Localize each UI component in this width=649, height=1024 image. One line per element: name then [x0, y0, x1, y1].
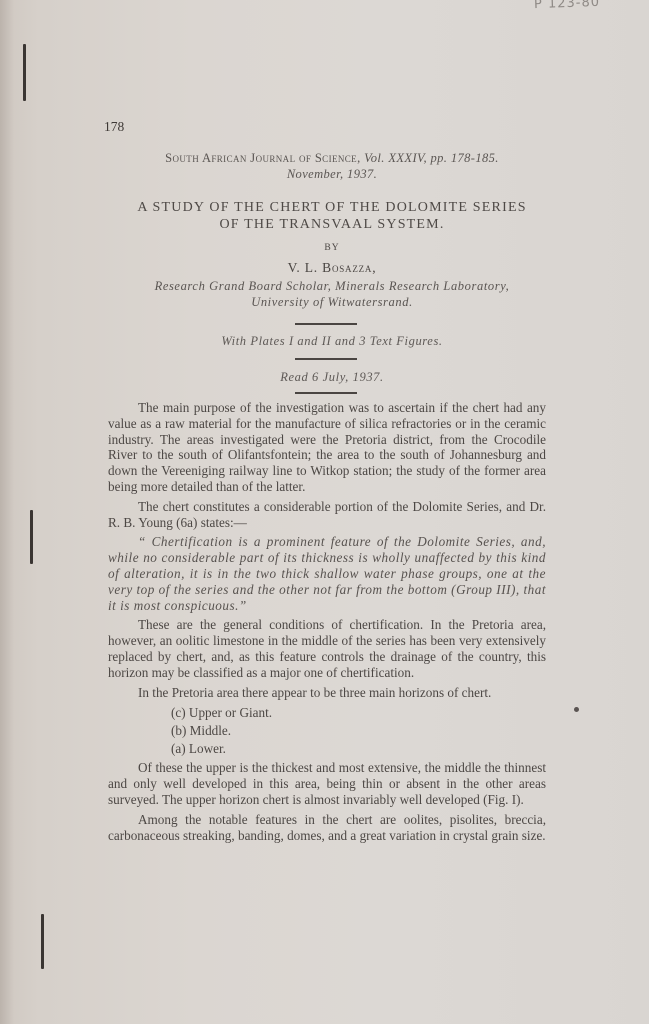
- journal-date: November, 1937.: [100, 166, 564, 182]
- binding-mark-top: [23, 44, 26, 101]
- horizon-list: (c) Upper or Giant. (b) Middle. (a) Lowe…: [171, 704, 546, 758]
- journal-volume: Vol. XXXIV, pp. 178-185.: [364, 151, 499, 165]
- paragraph-purpose: The main purpose of the investigation wa…: [108, 400, 546, 495]
- author-name: V. L. Bosazza,: [100, 260, 564, 276]
- paragraph-chert-portion: The chert constitutes a considerable por…: [108, 499, 546, 531]
- paragraph-thickness: Of these the upper is the thickest and m…: [108, 760, 546, 807]
- author-affiliation: Research Grand Board Scholar, Minerals R…: [100, 278, 564, 310]
- divider-rule: [295, 323, 357, 325]
- title-line-1: A STUDY OF THE CHERT OF THE DOLOMITE SER…: [100, 199, 564, 216]
- affiliation-line-2: University of Witwatersrand.: [100, 294, 564, 310]
- divider-rule: [295, 392, 357, 394]
- affiliation-line-1: Research Grand Board Scholar, Minerals R…: [100, 278, 564, 294]
- article-body: The main purpose of the investigation wa…: [108, 400, 546, 847]
- by-label: BY: [100, 243, 564, 253]
- page-edge-shadow: [0, 0, 14, 1024]
- title-line-2: OF THE TRANSVAAL SYSTEM.: [100, 216, 564, 233]
- horizon-item: (b) Middle.: [171, 722, 546, 740]
- quote-young: “ Chertification is a prominent feature …: [108, 534, 546, 613]
- paragraph-horizons: In the Pretoria area there appear to be …: [108, 685, 546, 701]
- horizon-item: (a) Lower.: [171, 740, 546, 758]
- paragraph-features: Among the notable features in the chert …: [108, 812, 546, 844]
- paragraph-conditions: These are the general conditions of cher…: [108, 617, 546, 680]
- paper-speck: [574, 707, 579, 712]
- binding-mark-bottom: [41, 914, 44, 969]
- divider-rule: [295, 358, 357, 360]
- handwritten-catalog-note: P 123-80: [534, 0, 601, 12]
- read-date: Read 6 July, 1937.: [100, 370, 564, 385]
- plates-note: With Plates I and II and 3 Text Figures.: [100, 334, 564, 349]
- article-title: A STUDY OF THE CHERT OF THE DOLOMITE SER…: [100, 199, 564, 233]
- page-number: 178: [104, 119, 124, 135]
- journal-name: South African Journal of Science,: [165, 151, 360, 165]
- journal-citation: South African Journal of Science, Vol. X…: [100, 150, 564, 182]
- binding-mark-middle: [30, 510, 33, 564]
- horizon-item: (c) Upper or Giant.: [171, 704, 546, 722]
